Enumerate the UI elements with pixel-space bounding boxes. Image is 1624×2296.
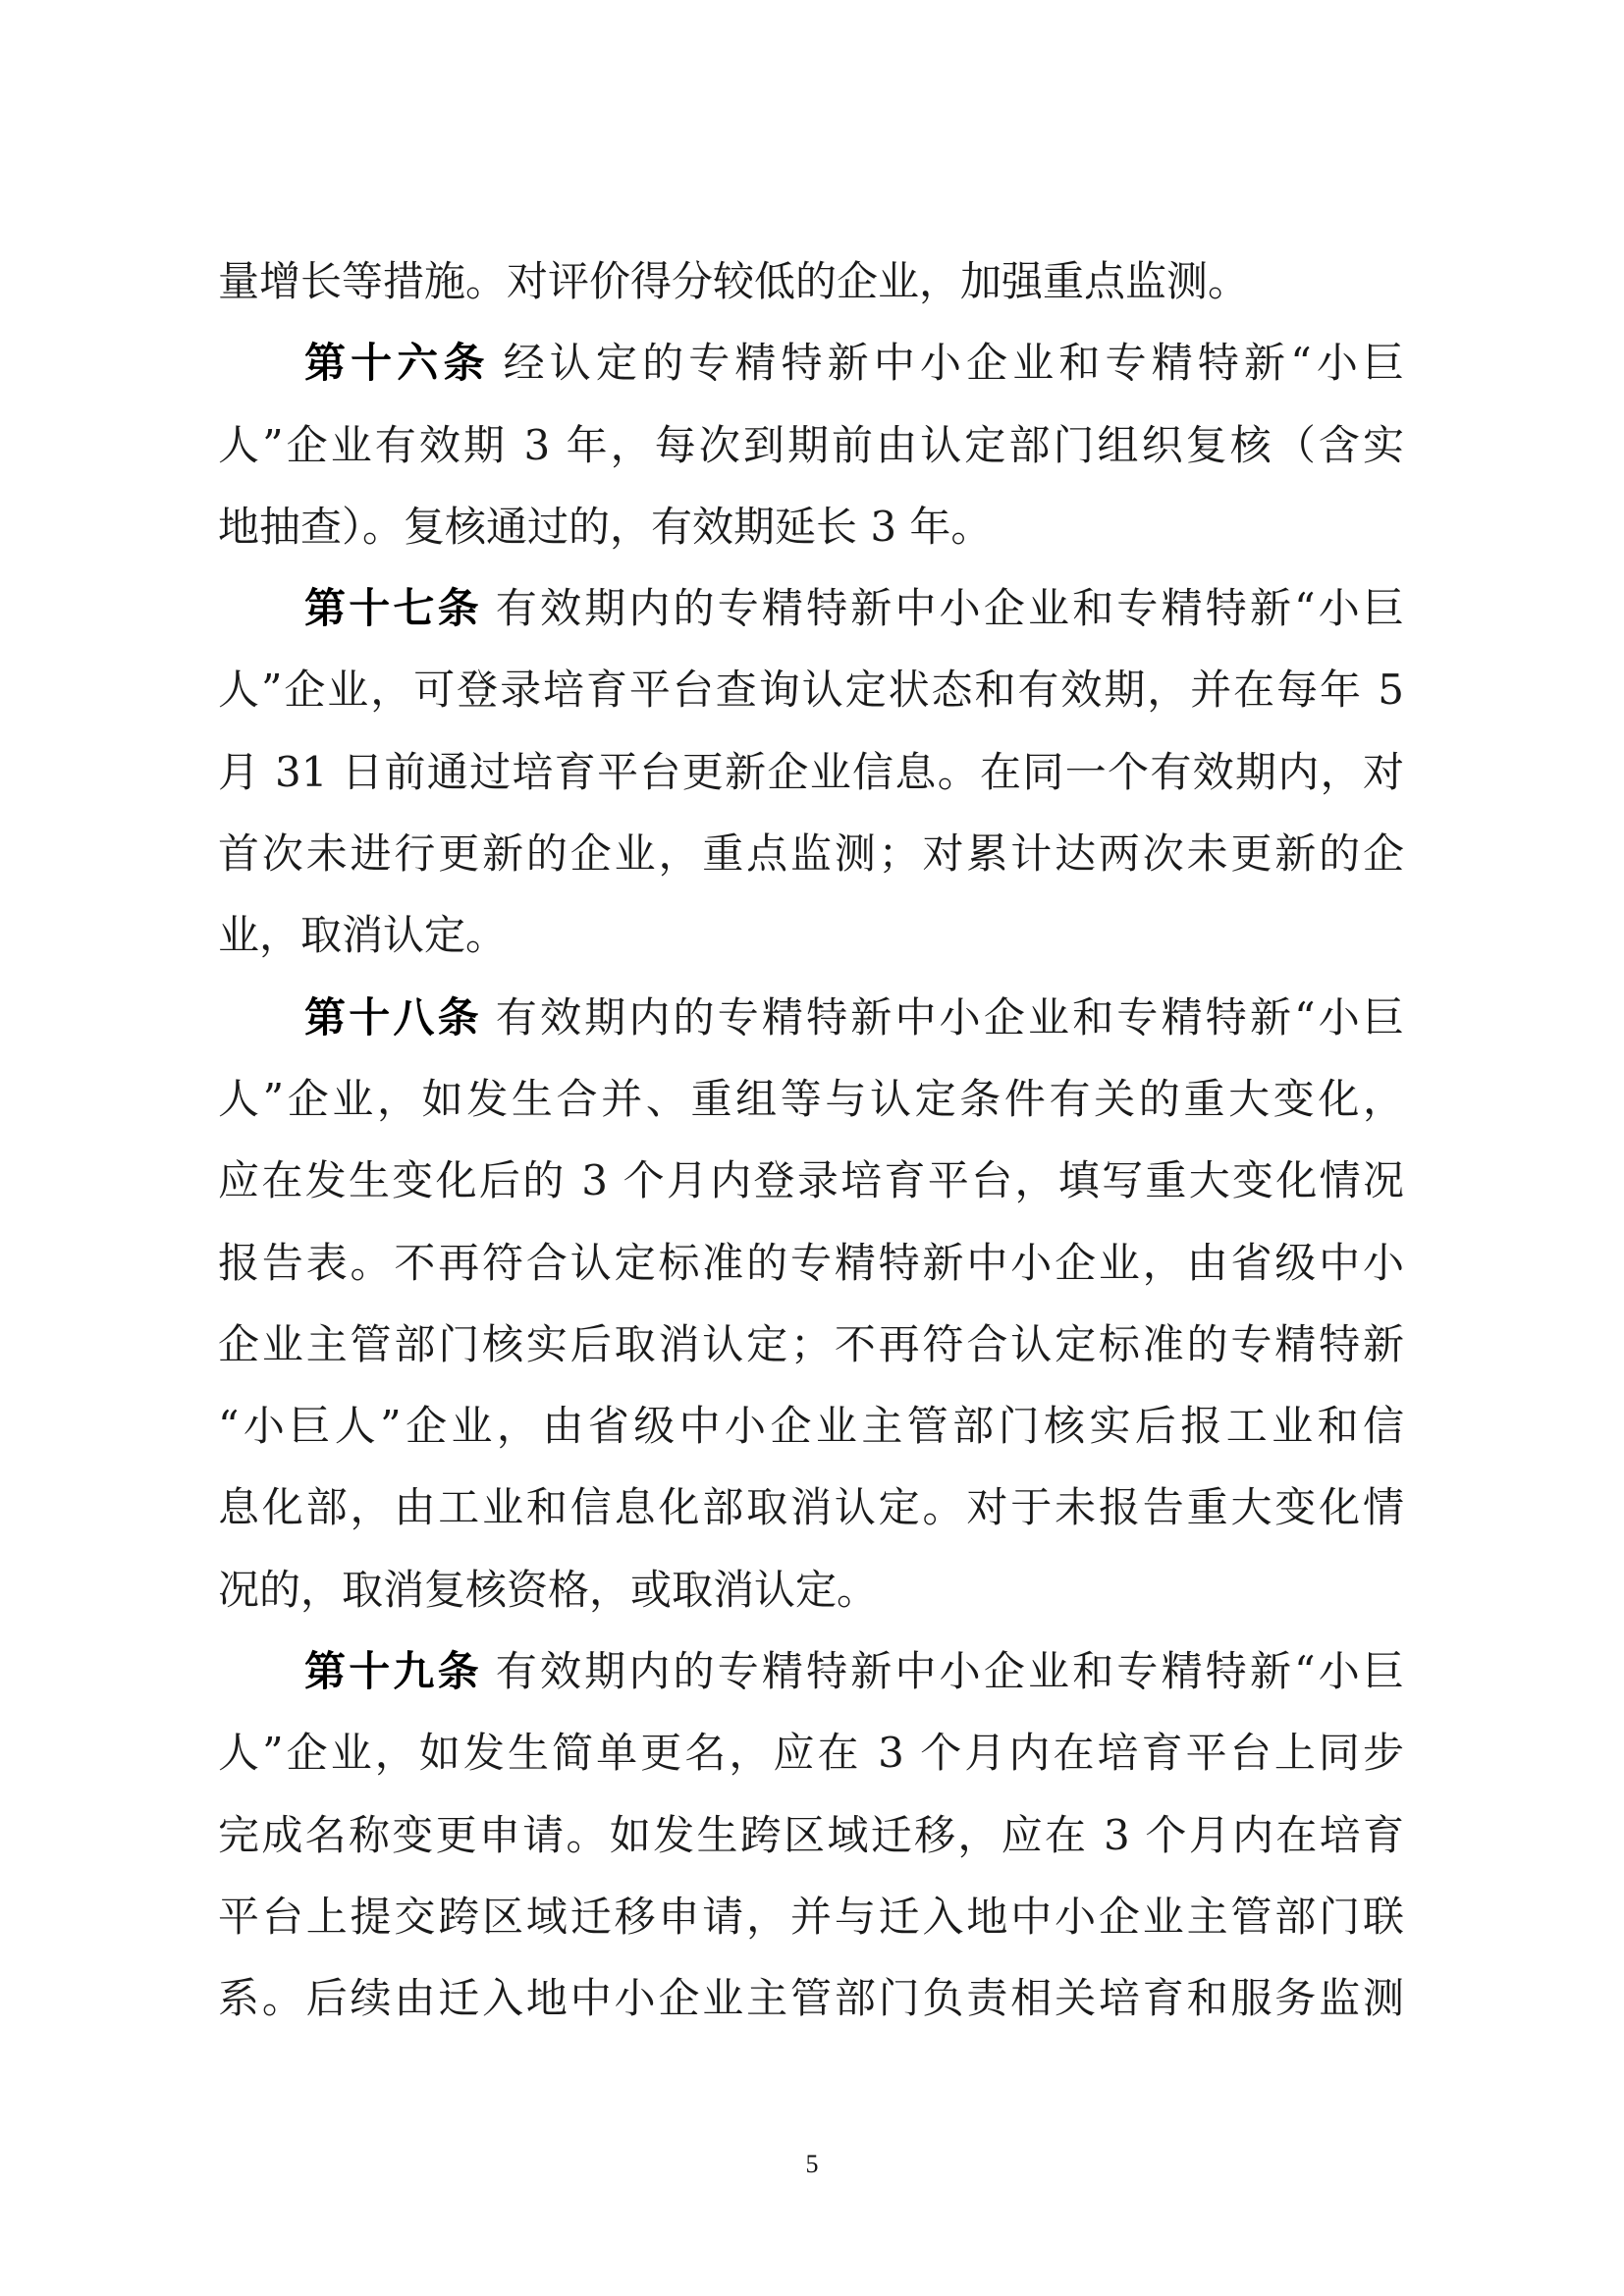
article-16-line: 第十六条经认定的专精特新中小企业和专精特新“小巨: [218, 322, 1404, 403]
body-text: 地抽查）。复核通过的，有效期延长 3 年。: [218, 503, 992, 551]
paragraph-line: 人”企业有效期 3 年，每次到期前由认定部门组织复核（含实: [218, 404, 1404, 486]
body-text: “小巨人”企业，由省级中小企业主管部门核实后报工业和信: [218, 1402, 1404, 1450]
body-text: 完成名称变更申请。如发生跨区域迁移，应在 3 个月内在培育: [218, 1811, 1404, 1859]
paragraph-line: 系。后续由迁入地中小企业主管部门负责相关培育和服务监测: [218, 1957, 1404, 2039]
body-text: 人”企业，可登录培育平台查询认定状态和有效期，并在每年 5: [218, 666, 1404, 714]
body-text: 首次未进行更新的企业，重点监测；对累计达两次未更新的企: [218, 829, 1404, 878]
paragraph-line: 月 31 日前通过培育平台更新企业信息。在同一个有效期内，对: [218, 731, 1404, 813]
paragraph-line: 业，取消认定。: [218, 894, 1404, 976]
document-page: 量增长等措施。对评价得分较低的企业，加强重点监测。 第十六条经认定的专精特新中小…: [0, 0, 1624, 2296]
article-heading: 第十八条: [304, 993, 482, 1041]
page-number: 5: [0, 2150, 1624, 2179]
body-text: 有效期内的专精特新中小企业和专精特新“小巨: [496, 1647, 1404, 1695]
body-text: 人”企业，如发生简单更名，应在 3 个月内在培育平台上同步: [218, 1729, 1404, 1777]
paragraph-line: 息化部，由工业和信息化部取消认定。对于未报告重大变化情: [218, 1467, 1404, 1548]
paragraph-line: 人”企业，可登录培育平台查询认定状态和有效期，并在每年 5: [218, 649, 1404, 730]
paragraph-line: 人”企业，如发生简单更名，应在 3 个月内在培育平台上同步: [218, 1712, 1404, 1793]
paragraph-line: 企业主管部门核实后取消认定；不再符合认定标准的专精特新: [218, 1304, 1404, 1385]
paragraph-line: 况的，取消复核资格，或取消认定。: [218, 1549, 1404, 1630]
article-heading: 第十七条: [304, 584, 482, 632]
paragraph-line: 地抽查）。复核通过的，有效期延长 3 年。: [218, 486, 1404, 567]
article-19-line: 第十九条有效期内的专精特新中小企业和专精特新“小巨: [218, 1630, 1404, 1712]
body-text: 系。后续由迁入地中小企业主管部门负责相关培育和服务监测: [218, 1974, 1404, 2022]
body-text: 报告表。不再符合认定标准的专精特新中小企业，由省级中小: [218, 1239, 1404, 1287]
paragraph-line: 人”企业，如发生合并、重组等与认定条件有关的重大变化，: [218, 1058, 1404, 1140]
body-text: 有效期内的专精特新中小企业和专精特新“小巨: [496, 584, 1404, 632]
paragraph-line: 首次未进行更新的企业，重点监测；对累计达两次未更新的企: [218, 813, 1404, 894]
paragraph-line: “小巨人”企业，由省级中小企业主管部门核实后报工业和信: [218, 1385, 1404, 1467]
paragraph-line: 量增长等措施。对评价得分较低的企业，加强重点监测。: [218, 240, 1404, 322]
body-text: 人”企业，如发生合并、重组等与认定条件有关的重大变化，: [218, 1075, 1404, 1123]
body-text: 企业主管部门核实后取消认定；不再符合认定标准的专精特新: [218, 1320, 1404, 1368]
body-text: 平台上提交跨区域迁移申请，并与迁入地中小企业主管部门联: [218, 1893, 1404, 1941]
body-text: 量增长等措施。对评价得分较低的企业，加强重点监测。: [218, 257, 1249, 305]
body-text: 息化部，由工业和信息化部取消认定。对于未报告重大变化情: [218, 1483, 1404, 1531]
body-text: 业，取消认定。: [218, 911, 507, 959]
body-text: 经认定的专精特新中小企业和专精特新“小巨: [504, 339, 1404, 387]
document-body: 量增长等措施。对评价得分较低的企业，加强重点监测。 第十六条经认定的专精特新中小…: [218, 240, 1404, 2040]
body-text: 有效期内的专精特新中小企业和专精特新“小巨: [496, 993, 1404, 1041]
body-text: 况的，取消复核资格，或取消认定。: [218, 1566, 878, 1614]
body-text: 人”企业有效期 3 年，每次到期前由认定部门组织复核（含实: [218, 421, 1404, 469]
paragraph-line: 应在发生变化后的 3 个月内登录培育平台，填写重大变化情况: [218, 1140, 1404, 1221]
article-heading: 第十九条: [304, 1647, 482, 1695]
article-17-line: 第十七条有效期内的专精特新中小企业和专精特新“小巨: [218, 567, 1404, 649]
paragraph-line: 完成名称变更申请。如发生跨区域迁移，应在 3 个月内在培育: [218, 1794, 1404, 1876]
article-18-line: 第十八条有效期内的专精特新中小企业和专精特新“小巨: [218, 977, 1404, 1058]
paragraph-line: 报告表。不再符合认定标准的专精特新中小企业，由省级中小: [218, 1222, 1404, 1304]
article-heading: 第十六条: [304, 339, 490, 387]
paragraph-line: 平台上提交跨区域迁移申请，并与迁入地中小企业主管部门联: [218, 1876, 1404, 1957]
body-text: 月 31 日前通过培育平台更新企业信息。在同一个有效期内，对: [218, 748, 1404, 796]
body-text: 应在发生变化后的 3 个月内登录培育平台，填写重大变化情况: [218, 1156, 1404, 1204]
